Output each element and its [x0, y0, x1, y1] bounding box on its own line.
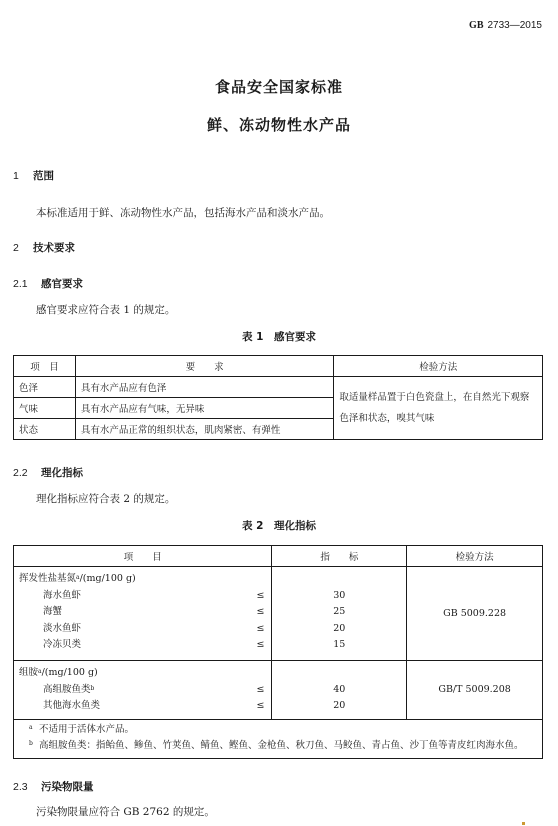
- physicochemical-indicators-table: 项 目 指 标 检验方法 挥发性盐基氮a/(mg/100 g) 海水鱼虾≤ 海蟹…: [13, 545, 543, 759]
- less-equal-symbol: ≤: [256, 637, 264, 654]
- section-number: 2.1: [13, 278, 41, 290]
- table-group-tvbn: 挥发性盐基氮a/(mg/100 g) 海水鱼虾≤ 海蟹≤ 淡水鱼虾≤ 冷冻贝类≤…: [14, 567, 543, 661]
- section-1-text: 本标准适用于鲜、冻动物性水产品，包括海水产品和淡水产品。: [36, 205, 330, 220]
- less-equal-symbol: ≤: [256, 604, 264, 621]
- less-equal-symbol: ≤: [256, 621, 264, 638]
- value: 25: [277, 604, 401, 621]
- table-1-caption: 表 1 感官要求: [0, 329, 558, 344]
- doc-prefix: GB: [469, 20, 483, 31]
- group-items: 挥发性盐基氮a/(mg/100 g) 海水鱼虾≤ 海蟹≤ 淡水鱼虾≤ 冷冻贝类≤: [14, 567, 272, 661]
- table-row: 淡水鱼虾≤: [19, 621, 266, 638]
- less-equal-symbol: ≤: [256, 588, 264, 605]
- header-requirement: 要 求: [75, 356, 333, 377]
- table-row: 冷冻贝类≤: [19, 637, 266, 654]
- row-requirement: 具有水产品应有气味，无异味: [75, 398, 333, 419]
- section-2-3-text: 污染物限量应符合 GB 2762 的规定。: [36, 804, 215, 819]
- row-requirement: 具有水产品正常的组织状态，肌肉紧密、有弹性: [75, 419, 333, 440]
- footnotes-cell: a不适用于活体水产品。 b高组胺鱼类：指鲐鱼、鲹鱼、竹荚鱼、鲭鱼、鲣鱼、金枪鱼、…: [14, 719, 543, 758]
- less-equal-symbol: ≤: [256, 682, 264, 699]
- header-method: 检验方法: [407, 546, 543, 567]
- doc-number: 2733—2015: [488, 20, 543, 31]
- value: 20: [277, 621, 401, 638]
- table-header-row: 项 目 要 求 检验方法: [14, 356, 543, 377]
- row-item: 色泽: [14, 377, 76, 398]
- value: 30: [277, 588, 401, 605]
- table-row: 海水鱼虾≤: [19, 588, 266, 605]
- row-requirement: 具有水产品应有色泽: [75, 377, 333, 398]
- group-values: 30 25 20 15: [272, 567, 407, 661]
- section-2-3-heading: 2.3污染物限量: [13, 779, 94, 794]
- row-item: 状态: [14, 419, 76, 440]
- value: 40: [277, 682, 401, 699]
- section-number: 1: [13, 170, 33, 182]
- group-method: GB/T 5009.208: [407, 661, 543, 720]
- table-row: 高组胺鱼类b≤: [19, 682, 266, 699]
- value: 15: [277, 637, 401, 654]
- section-title: 范围: [33, 170, 54, 182]
- table-header-row: 项 目 指 标 检验方法: [14, 546, 543, 567]
- section-title: 感官要求: [41, 278, 83, 290]
- less-equal-symbol: ≤: [256, 698, 264, 715]
- table-footnotes: a不适用于活体水产品。 b高组胺鱼类：指鲐鱼、鲹鱼、竹荚鱼、鲭鱼、鲣鱼、金枪鱼、…: [14, 719, 543, 758]
- section-2-heading: 2技术要求: [13, 240, 75, 255]
- table-row: 色泽 具有水产品应有色泽 取适量样品置于白色瓷盘上，在自然光下观察色泽和状态，嗅…: [14, 377, 543, 398]
- row-method: 取适量样品置于白色瓷盘上，在自然光下观察色泽和状态，嗅其气味: [334, 377, 543, 440]
- table-2-caption: 表 2 理化指标: [0, 518, 558, 533]
- section-2-2-heading: 2.2理化指标: [13, 465, 83, 480]
- group-method: GB 5009.228: [407, 567, 543, 661]
- group-values: 40 20: [272, 661, 407, 720]
- value: 20: [277, 698, 401, 715]
- row-item: 气味: [14, 398, 76, 419]
- section-title: 理化指标: [41, 467, 83, 479]
- group-title: 挥发性盐基氮a/(mg/100 g): [19, 571, 266, 588]
- section-number: 2.2: [13, 467, 41, 479]
- table-row: 海蟹≤: [19, 604, 266, 621]
- footnote-a: a不适用于活体水产品。: [19, 722, 537, 738]
- section-2-2-text: 理化指标应符合表 2 的规定。: [36, 491, 175, 506]
- table-row: 其他海水鱼类≤: [19, 698, 266, 715]
- section-2-1-heading: 2.1感官要求: [13, 276, 83, 291]
- section-number: 2: [13, 242, 33, 254]
- section-title: 污染物限量: [41, 781, 94, 793]
- header-indicator: 指 标: [272, 546, 407, 567]
- standard-title: 食品安全国家标准: [0, 76, 558, 97]
- section-1-heading: 1范围: [13, 168, 54, 183]
- group-items: 组胺a/(mg/100 g) 高组胺鱼类b≤ 其他海水鱼类≤: [14, 661, 272, 720]
- section-title: 技术要求: [33, 242, 75, 254]
- section-number: 2.3: [13, 781, 41, 793]
- page-mark: [522, 822, 525, 825]
- document-number: GB2733—2015: [469, 20, 542, 31]
- sensory-requirements-table: 项 目 要 求 检验方法 色泽 具有水产品应有色泽 取适量样品置于白色瓷盘上，在…: [13, 355, 543, 440]
- header-item: 项 目: [14, 546, 272, 567]
- table-group-histamine: 组胺a/(mg/100 g) 高组胺鱼类b≤ 其他海水鱼类≤ 40 20 GB/…: [14, 661, 543, 720]
- header-method: 检验方法: [334, 356, 543, 377]
- product-title: 鲜、冻动物性水产品: [0, 114, 558, 135]
- footnote-b: b高组胺鱼类：指鲐鱼、鲹鱼、竹荚鱼、鲭鱼、鲣鱼、金枪鱼、秋刀鱼、马鲛鱼、青占鱼、…: [19, 738, 537, 754]
- section-2-1-text: 感官要求应符合表 1 的规定。: [36, 302, 175, 317]
- header-item: 项 目: [14, 356, 76, 377]
- group-title: 组胺a/(mg/100 g): [19, 665, 266, 682]
